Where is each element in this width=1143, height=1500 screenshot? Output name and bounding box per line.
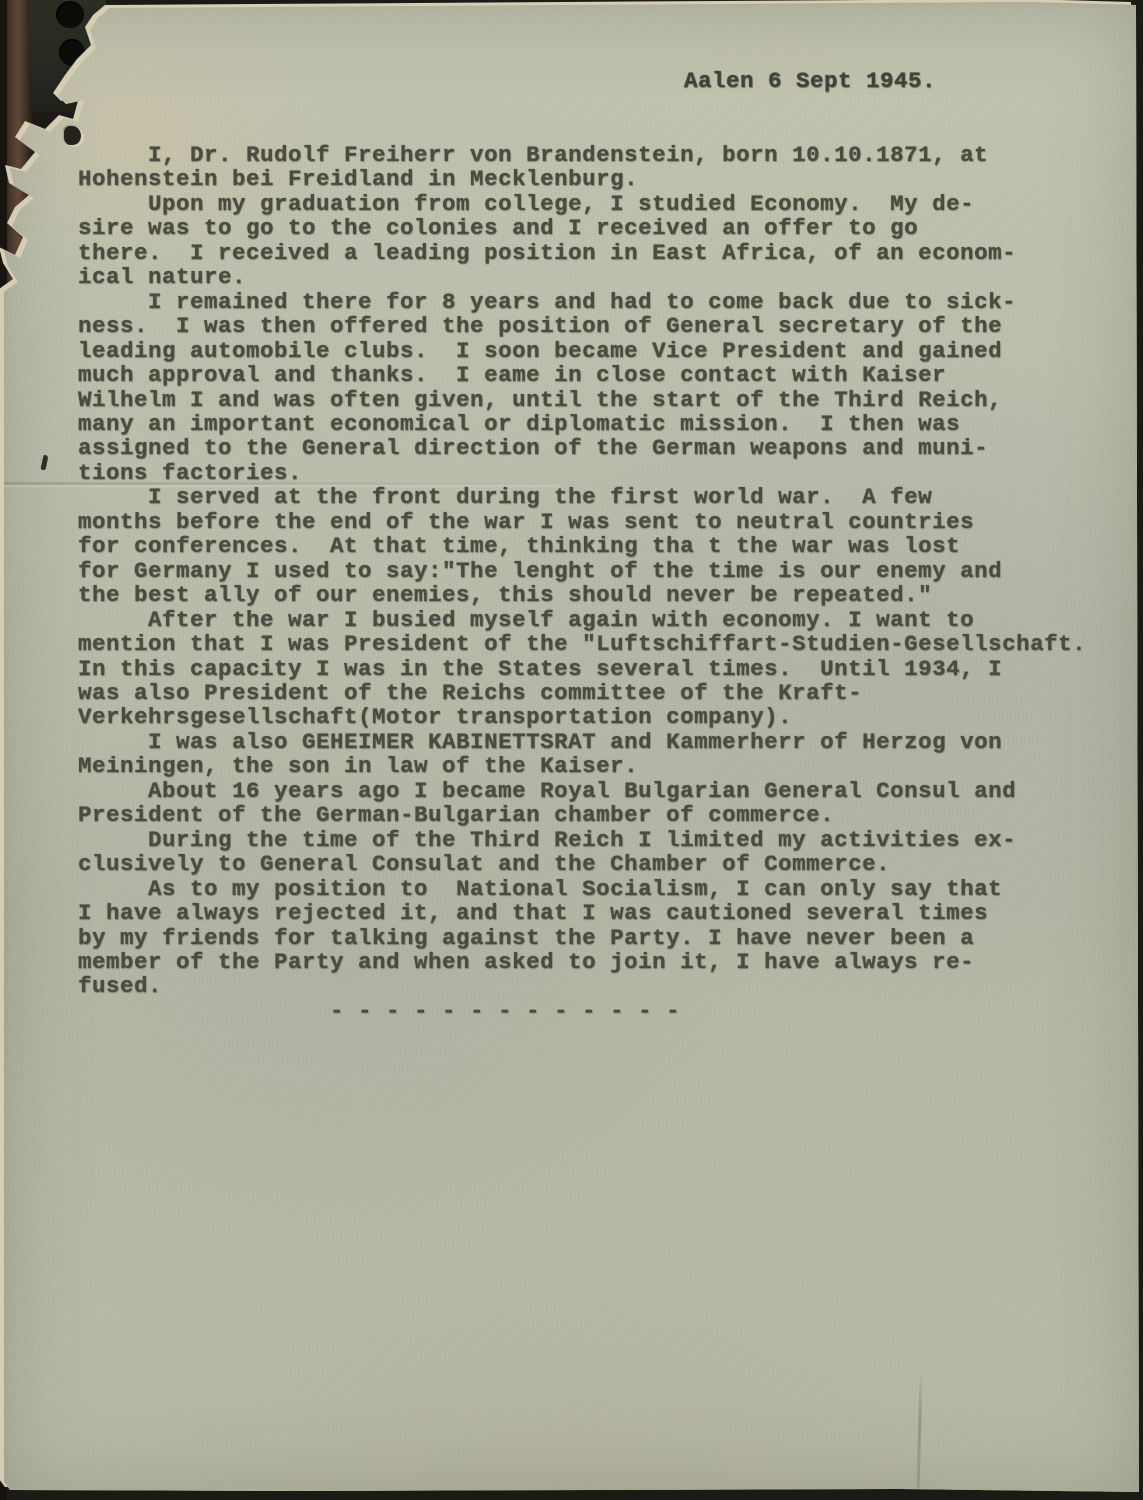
typed-line: I remained there for 8 years and had to …: [78, 290, 1086, 314]
typed-line: After the war I busied myself again with…: [78, 608, 1086, 632]
typed-line: As to my position to National Socialism,…: [78, 877, 1086, 901]
typed-line: Verkehrsgesellschaft(Motor transportatio…: [78, 705, 1086, 729]
typed-line: tions factories.: [78, 461, 1086, 485]
typed-line: the best ally of our enemies, this shoul…: [78, 583, 1086, 607]
typed-line: mention that I was President of the "Luf…: [78, 632, 1086, 656]
typed-line: About 16 years ago I became Royal Bulgar…: [78, 779, 1086, 803]
scanned-document-photo: Aalen 6 Sept 1945. I, Dr. Rudolf Freiher…: [0, 0, 1143, 1500]
typed-line: Wilhelm I and was often given, until the…: [78, 388, 1086, 412]
ink-mark: [40, 455, 48, 471]
typed-line: I was also GEHEIMER KABINETTSRAT and Kam…: [78, 730, 1086, 754]
typed-line: President of the German-Bulgarian chambe…: [78, 803, 1086, 827]
typed-line: Hohenstein bei Freidland in Mecklenburg.: [78, 167, 1086, 191]
typed-line: member of the Party and when asked to jo…: [78, 950, 1086, 974]
fold-crease-vertical: [916, 1368, 922, 1500]
typed-line: ness. I was then offered the position of…: [78, 314, 1086, 338]
typed-line: much approval and thanks. I eame in clos…: [78, 363, 1086, 387]
typed-line: there. I received a leading position in …: [78, 241, 1086, 265]
typed-line: During the time of the Third Reich I lim…: [78, 828, 1086, 852]
typed-line: - - - - - - - - - - - - -: [78, 999, 1086, 1023]
dateline: Aalen 6 Sept 1945.: [684, 68, 936, 94]
typed-line: months before the end of the war I was s…: [78, 510, 1086, 534]
punch-hole: [56, 1, 84, 28]
typed-line: Upon my graduation from college, I studi…: [78, 192, 1086, 216]
typed-line: I served at the front during the first w…: [78, 485, 1086, 509]
typed-line: many an important economical or diplomat…: [78, 412, 1086, 436]
typed-line: fused.: [78, 974, 1086, 998]
typed-line: sire was to go to the colonies and I rec…: [78, 216, 1086, 240]
typed-line: I, Dr. Rudolf Freiherr von Brandenstein,…: [78, 143, 1086, 167]
typed-line: Meiningen, the son in law of the Kaiser.: [78, 754, 1086, 778]
typed-line: ical nature.: [78, 265, 1086, 289]
typed-line: clusively to General Consulat and the Ch…: [78, 852, 1086, 876]
document-page: Aalen 6 Sept 1945. I, Dr. Rudolf Freiher…: [0, 0, 1143, 1500]
typed-text-body: I, Dr. Rudolf Freiherr von Brandenstein,…: [78, 143, 1086, 1023]
typed-line: In this capacity I was in the States sev…: [78, 657, 1086, 681]
typed-line: leading automobile clubs. I soon became …: [78, 339, 1086, 363]
typed-line: was also President of the Reichs committ…: [78, 681, 1086, 705]
typed-line: by my friends for talking against the Pa…: [78, 926, 1086, 950]
typed-line: assigned to the General direction of the…: [78, 436, 1086, 460]
typed-line: for conferences. At that time, thinking …: [78, 534, 1086, 558]
typed-line: for Germany I used to say:"The lenght of…: [78, 559, 1086, 583]
typed-line: I have always rejected it, and that I wa…: [78, 901, 1086, 925]
